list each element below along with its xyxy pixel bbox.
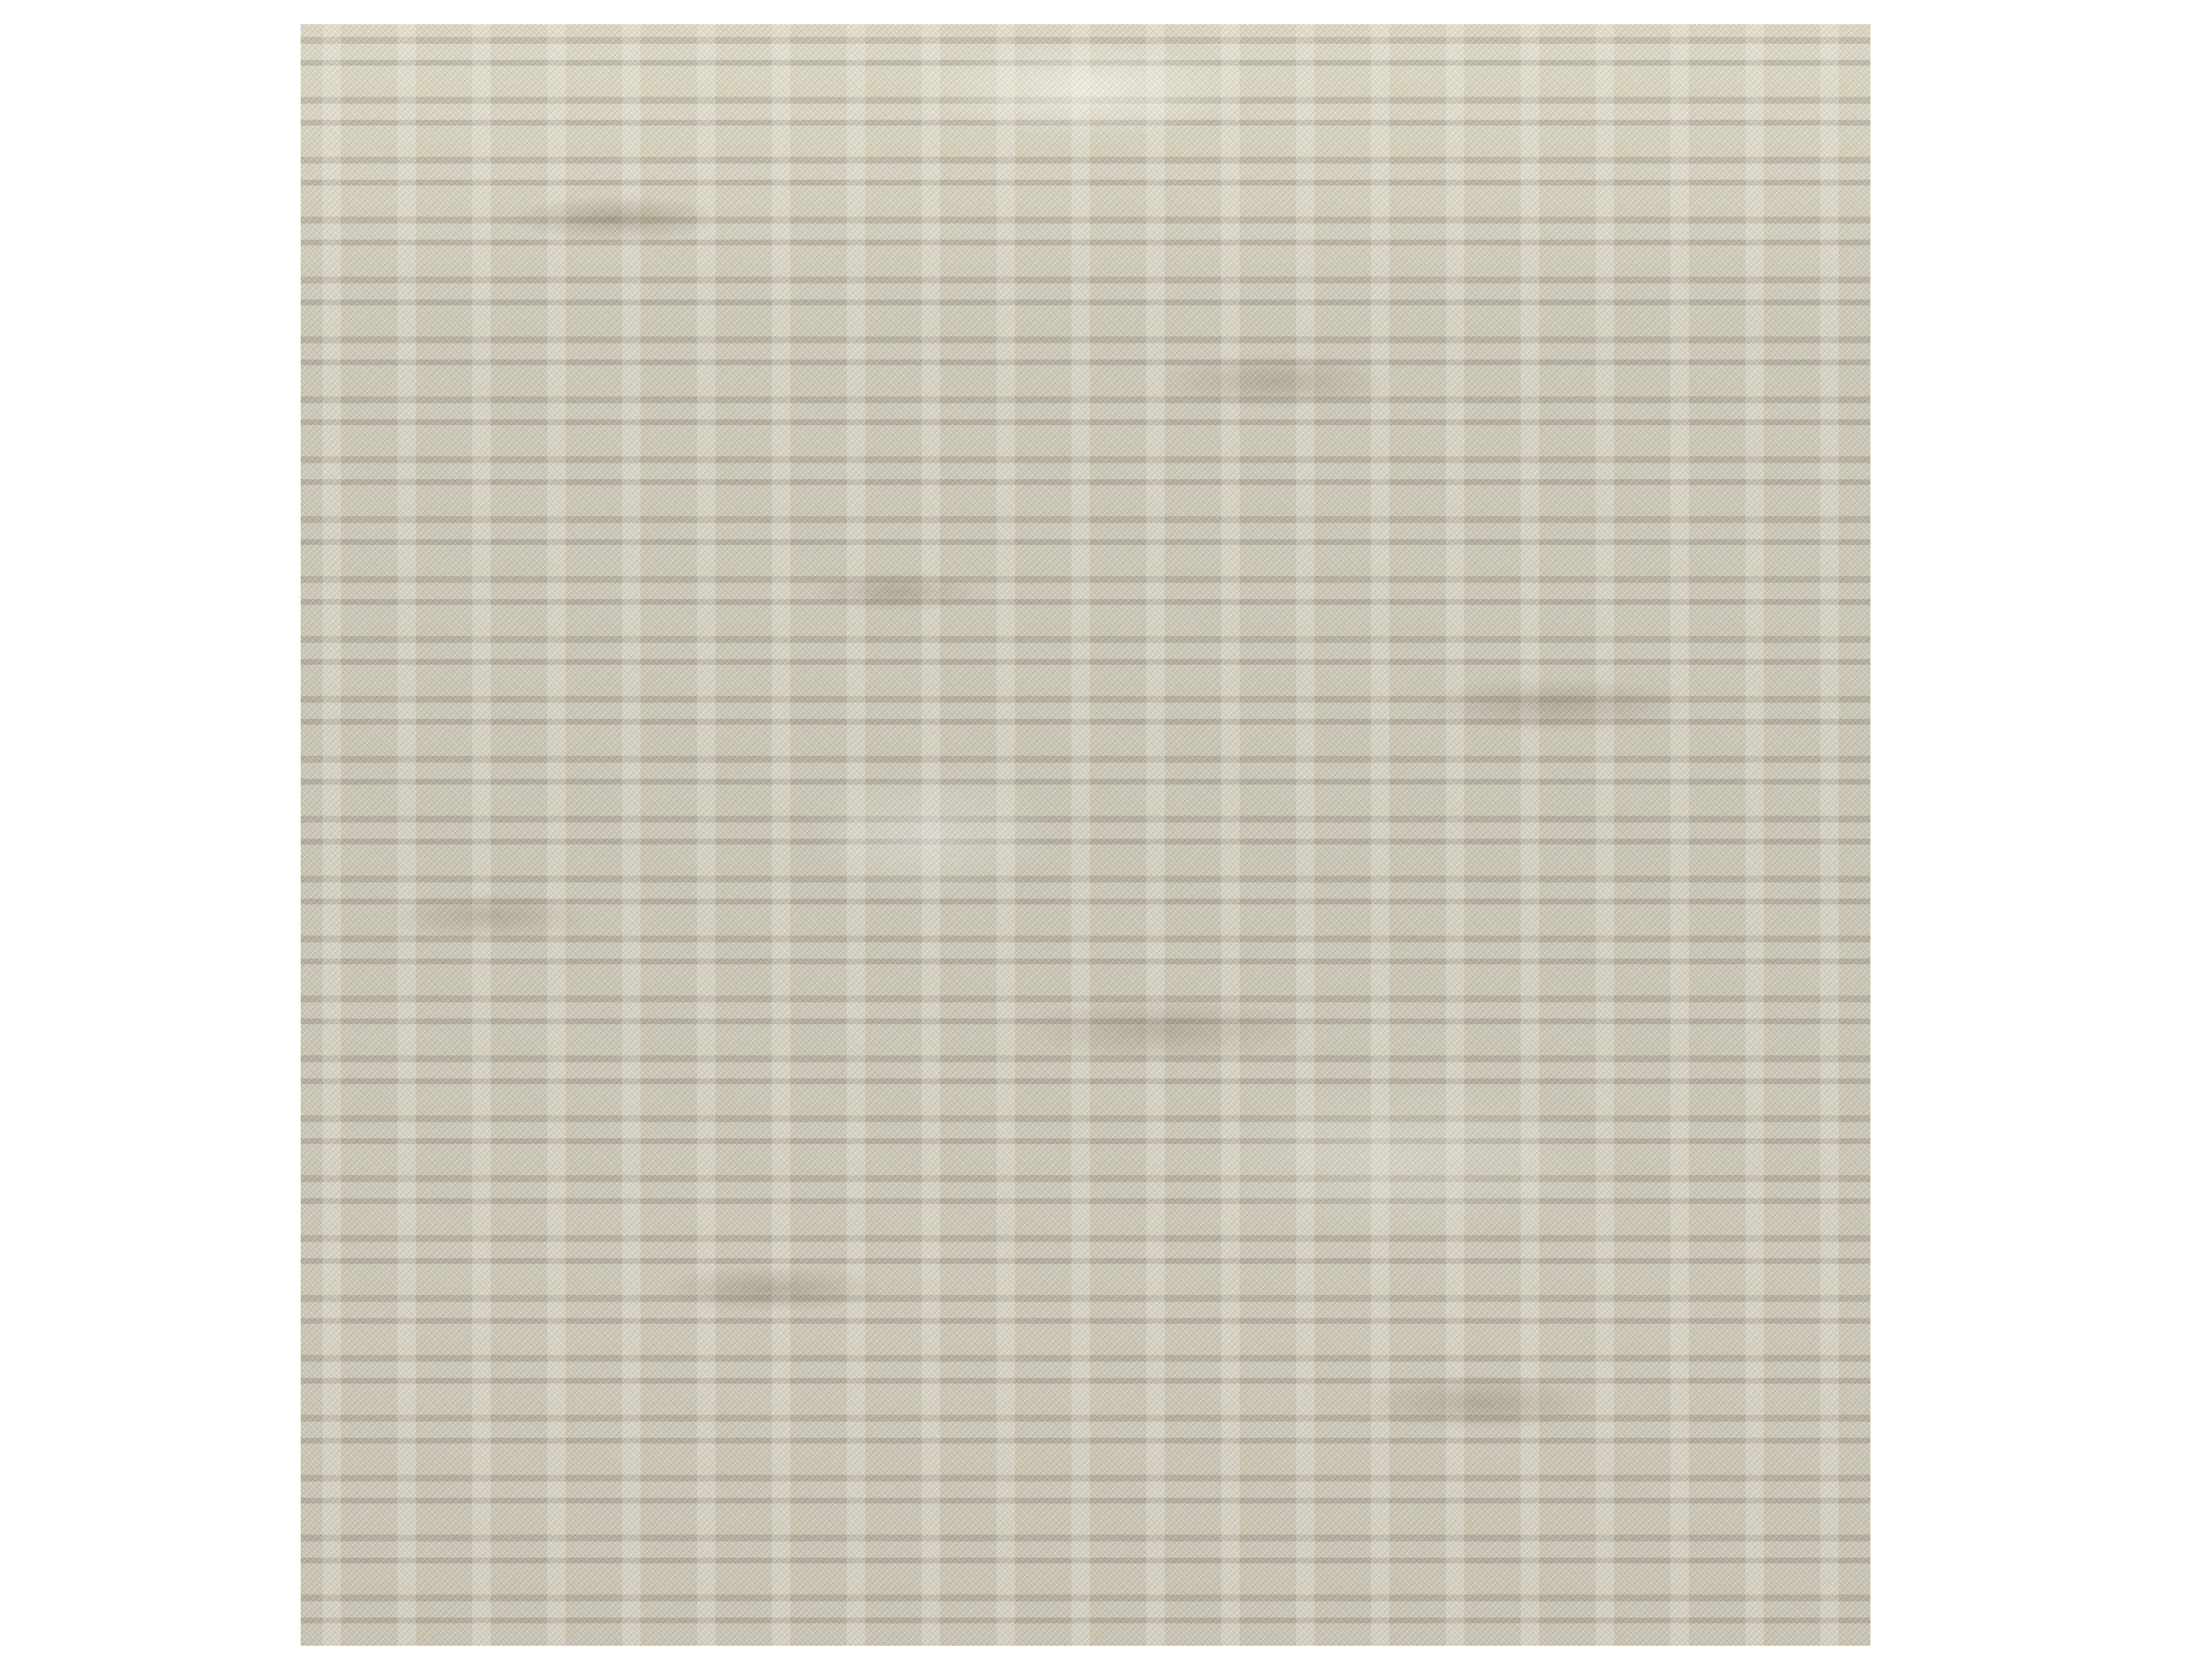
rug-texture-swatch — [301, 24, 1870, 1646]
rug-pile-grain — [301, 24, 1870, 1646]
